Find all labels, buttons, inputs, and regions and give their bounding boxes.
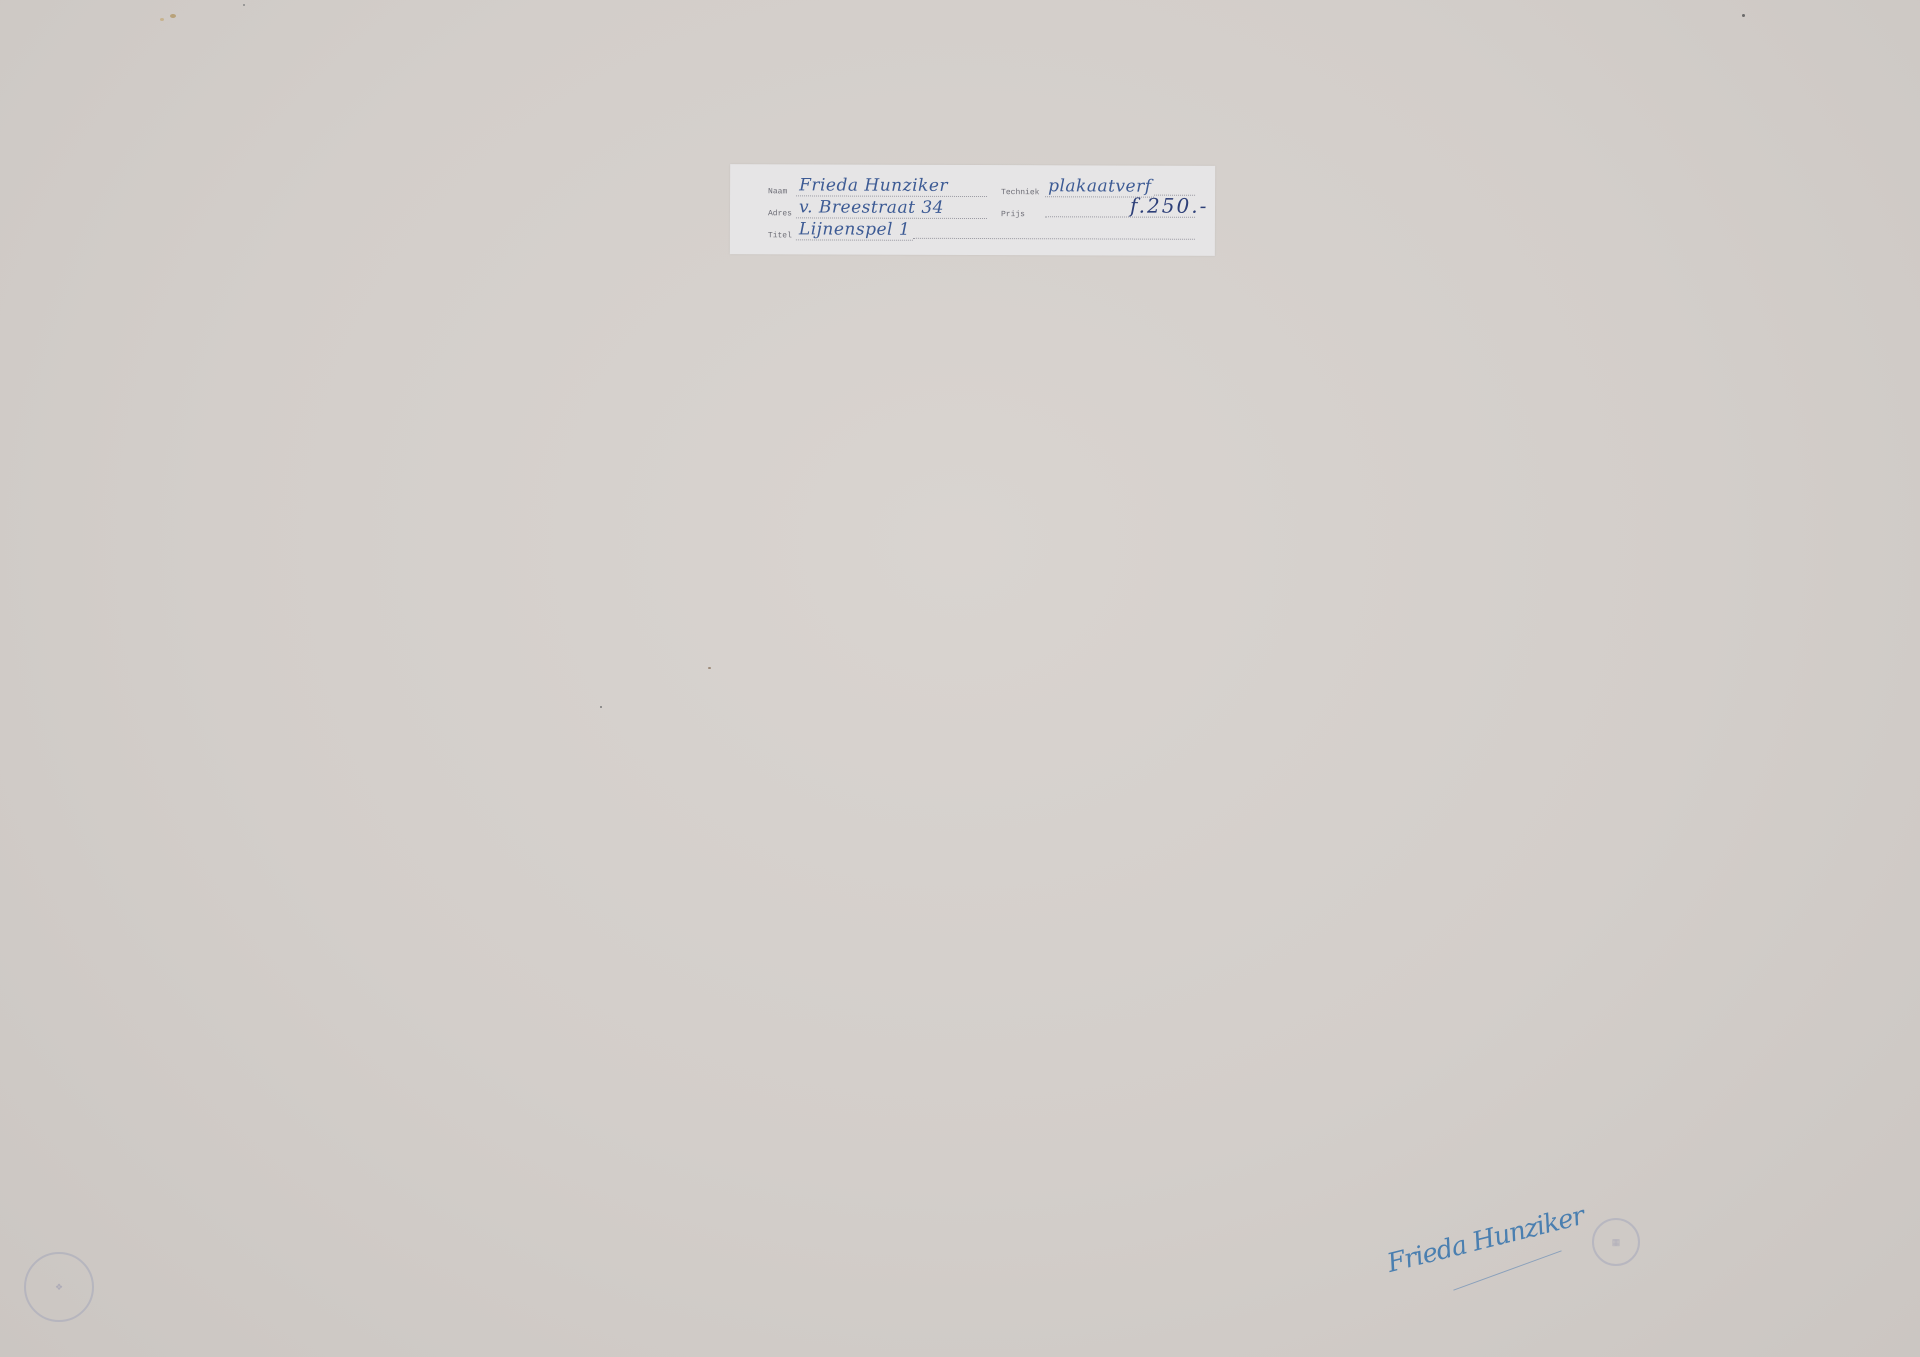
artwork-title: Lijnenspel 1 [796,219,913,240]
label-row-title: Titel Lijnenspel 1 [768,218,1195,241]
price-value: f.250.- [1130,194,1208,218]
field-label: Naam [768,187,796,196]
artist-signature: Frieda Hunziker [1384,1201,1587,1279]
artist-name: Frieda Hunziker [796,175,987,197]
stain-speck [243,4,245,6]
dotted-line [913,237,1195,240]
artwork-info-label: Naam Frieda Hunziker Techniek plakaatver… [730,164,1215,256]
stain-speck [600,706,602,708]
stamp-bottom-right: ▦ [1592,1218,1640,1266]
artist-address: v. Breestraat 34 [796,197,987,219]
stamp-emblem-icon: ❖ [55,1282,63,1293]
field-label: Techniek [1001,188,1045,197]
field-label: Adres [768,209,796,218]
stain-speck [170,14,176,18]
stain-speck [160,18,164,21]
stain-speck [1742,14,1745,17]
stamp-emblem-icon: ▦ [1612,1237,1621,1248]
field-label: Prijs [1001,210,1045,219]
field-label: Titel [768,231,796,240]
stain-speck [708,667,711,669]
stamp-bottom-left: ❖ [24,1252,94,1322]
